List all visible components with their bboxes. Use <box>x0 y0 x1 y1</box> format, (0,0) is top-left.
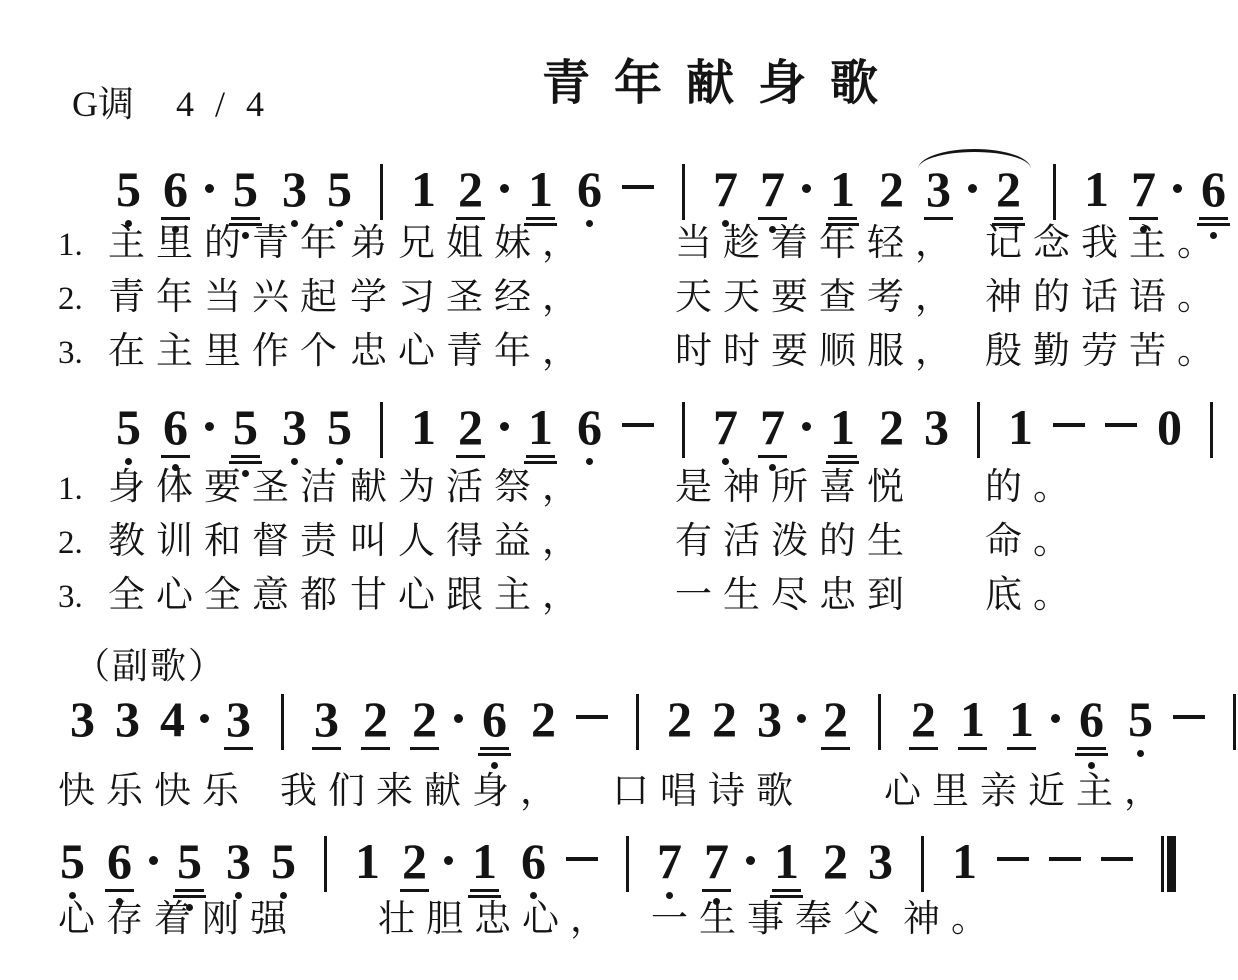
note: 2 <box>823 836 848 886</box>
note-underline: 2 <box>456 402 485 458</box>
note: 3 <box>115 694 140 744</box>
lyric-segment: 身体要圣洁 <box>108 456 350 510</box>
dash-mark <box>1105 423 1137 427</box>
lyric-segment: 记念我主。 <box>985 212 1230 266</box>
barline <box>626 836 629 892</box>
note-underline: 2 <box>821 694 850 750</box>
lyric-segment: 在主里作个 <box>108 320 350 374</box>
lyric-segment: 主里的青年 <box>108 212 350 266</box>
note: 3 <box>312 694 341 750</box>
note-digit: 3 <box>70 694 95 744</box>
duration-dash <box>1049 836 1081 861</box>
lyric-segment: 有活泼的生 <box>675 510 985 564</box>
note: 1 <box>952 836 977 886</box>
note: 6 <box>478 694 511 769</box>
note-digit: 2 <box>412 694 437 744</box>
lyric-segment: 是神所喜悦 <box>675 456 985 510</box>
barline <box>682 402 685 458</box>
lyric-row: 1.主里的青年弟兄姐妹，当趁着年轻，记念我主。 <box>58 212 1230 266</box>
note-digit: 1 <box>528 402 553 452</box>
note-underline: 2 <box>909 694 938 750</box>
lyric-segment: 叫人得益， <box>350 510 675 564</box>
stanza-number: 3. <box>58 335 108 372</box>
note-digit: 6 <box>577 402 602 452</box>
barline <box>1233 694 1236 750</box>
note: 2 <box>821 694 850 750</box>
note: 1 <box>411 164 436 214</box>
note: 1 <box>826 402 859 464</box>
stanza-number: 2. <box>58 281 108 318</box>
lyric-row: 3.全心全意都甘心跟主，一生尽忠到底。 <box>58 564 1230 618</box>
note: 2 <box>361 694 390 750</box>
note: 4 <box>160 694 185 744</box>
note-digit: 2 <box>996 164 1021 214</box>
stanza-number: 1. <box>58 471 108 508</box>
lyric-row: 1.身体要圣洁献为活祭，是神所喜悦的。 <box>58 456 1230 510</box>
note-digit: 7 <box>704 836 729 886</box>
note-digit: 2 <box>879 402 904 452</box>
note-digit: 3 <box>868 836 893 886</box>
stanza-number: 1. <box>58 227 108 264</box>
note-digit: 1 <box>528 164 553 214</box>
note-digit: 2 <box>402 836 427 886</box>
dot-of-prolongation <box>205 184 214 193</box>
note-digit: 1 <box>1084 164 1109 214</box>
song-title: 青年献身歌 <box>542 44 902 113</box>
dash-mark <box>1101 857 1133 861</box>
note-digit: 3 <box>115 694 140 744</box>
lyric-segment: 神。 <box>903 888 1230 942</box>
note-underline: 1 <box>470 836 499 892</box>
dot-of-prolongation <box>1051 714 1060 723</box>
note: 3 <box>924 402 949 452</box>
dot-of-prolongation <box>205 422 214 431</box>
final-barline <box>1161 836 1176 892</box>
lyric-row: 2.青年当兴起学习圣经，天天要查考，神的话语。 <box>58 266 1230 320</box>
barline <box>636 694 639 750</box>
lyric-segment: 天天要查考， <box>675 266 985 320</box>
note-underline: 1 <box>526 402 555 458</box>
note-digit: 6 <box>163 402 188 452</box>
chorus-lyric-row-2: 心存着刚强壮胆忠心，一生事奉父神。 <box>58 888 1230 942</box>
note-digit: 2 <box>531 694 556 744</box>
duration-dash <box>622 164 654 189</box>
note-underline: 6 <box>478 694 511 756</box>
dot-of-prolongation <box>149 856 158 865</box>
lyric-segment: 一生事奉父 <box>651 888 903 942</box>
note-digit: 5 <box>271 836 296 886</box>
music-line-3: 334332262223221165 <box>0 676 1238 769</box>
lyric-segment: 时时要顺服， <box>675 320 985 374</box>
dot-of-prolongation <box>802 422 811 431</box>
note-underline: 1 <box>1007 694 1036 750</box>
note: 2 <box>667 694 692 744</box>
dot-of-prolongation <box>454 714 463 723</box>
note-digit: 7 <box>760 164 785 214</box>
note-underline: 1 <box>524 402 557 464</box>
note: 2 <box>410 694 439 750</box>
key-signature: G调4 / 4 <box>72 76 270 127</box>
note-digit: 3 <box>226 836 251 886</box>
lyric-segment: 当趁着年轻， <box>675 212 985 266</box>
note-digit: 5 <box>327 402 352 452</box>
note: 3 <box>224 694 253 750</box>
note: 1 <box>355 836 380 886</box>
sheet-music-page: G调4 / 4 青年献身歌 5653512167712321765 1.主里的青… <box>0 0 1238 980</box>
note-digit: 2 <box>458 164 483 214</box>
note: 3 <box>70 694 95 744</box>
dot-of-prolongation <box>1173 184 1182 193</box>
note-underline: 5 <box>231 402 260 458</box>
note: 2 <box>712 694 737 744</box>
duration-dash <box>1101 836 1133 861</box>
note-digit: 1 <box>411 164 436 214</box>
barline <box>281 694 284 750</box>
note-underline: 2 <box>410 694 439 750</box>
lyric-segment: 一生尽忠到 <box>675 564 985 618</box>
note-digit: 1 <box>472 836 497 886</box>
note-digit: 2 <box>823 836 848 886</box>
stanza-number: 2. <box>58 525 108 562</box>
note: 1 <box>1007 694 1036 750</box>
note-underline: 6 <box>105 836 134 892</box>
note-digit: 2 <box>879 164 904 214</box>
note-digit: 1 <box>830 402 855 452</box>
dash-mark <box>1173 715 1205 719</box>
note-underline: 1 <box>828 402 857 458</box>
note-digit: 4 <box>160 694 185 744</box>
note: 2 <box>909 694 938 750</box>
lyric-segment: 神的话语。 <box>985 266 1230 320</box>
note-digit: 2 <box>667 694 692 744</box>
note-digit: 1 <box>960 694 985 744</box>
note-digit: 2 <box>712 694 737 744</box>
note-underline: 6 <box>161 402 190 458</box>
lyric-segment: 壮胆忠心， <box>378 888 651 942</box>
note-underline: 6 <box>1077 694 1106 750</box>
note-underline: 1 <box>772 836 801 892</box>
lyric-segment: 甘心跟主， <box>350 564 675 618</box>
dash-mark <box>622 185 654 189</box>
dash-mark <box>1049 857 1081 861</box>
note-underline: 7 <box>758 402 787 458</box>
lyric-segment: 的。 <box>985 456 1230 510</box>
note: 3 <box>868 836 893 886</box>
note-digit: 1 <box>411 402 436 452</box>
note: 1 <box>524 402 557 464</box>
dot-of-prolongation <box>200 714 209 723</box>
lyric-segment: 忠心青年， <box>350 320 675 374</box>
duration-dash <box>1053 402 1085 427</box>
lyric-segment: 心存着刚强 <box>58 888 378 942</box>
note-underline: 6 <box>480 694 509 750</box>
dash-mark <box>622 423 654 427</box>
note-digit: 5 <box>1128 694 1153 744</box>
note-digit: 1 <box>1008 402 1033 452</box>
note-underline: 2 <box>400 836 429 892</box>
duration-dash <box>622 402 654 427</box>
barline <box>1210 402 1213 458</box>
note-digit: 7 <box>657 836 682 886</box>
key-label: G调 <box>72 84 134 124</box>
note-digit: 2 <box>911 694 936 744</box>
barline <box>878 694 881 750</box>
note-digit: 3 <box>282 402 307 452</box>
note: 2 <box>531 694 556 744</box>
note: 1 <box>1084 164 1109 214</box>
duration-dash <box>566 836 598 861</box>
note: 0 <box>1157 402 1182 452</box>
note-digit: 2 <box>458 402 483 452</box>
note-underline: 7 <box>702 836 731 892</box>
duration-dash <box>997 836 1029 861</box>
dot-of-prolongation <box>968 184 977 193</box>
note-underline: 3 <box>312 694 341 750</box>
note-digit: 1 <box>774 836 799 886</box>
lyric-segment: 快乐快乐 <box>58 760 280 814</box>
note: 1 <box>1008 402 1033 452</box>
note-digit: 6 <box>482 694 507 744</box>
lyric-row: 2.教训和督责叫人得益，有活泼的生命。 <box>58 510 1230 564</box>
note-digit: 3 <box>757 694 782 744</box>
duration-dash <box>1105 402 1137 427</box>
note-digit: 1 <box>1009 694 1034 744</box>
note-digit: 1 <box>952 836 977 886</box>
barline <box>921 836 924 892</box>
dash-mark <box>997 857 1029 861</box>
dash-mark <box>566 857 598 861</box>
low-octave-dot <box>1137 750 1144 757</box>
note-digit: 6 <box>521 836 546 886</box>
note-digit: 0 <box>1157 402 1182 452</box>
note-digit: 5 <box>233 402 258 452</box>
chorus-lyric-row-1: 快乐快乐我们来献身，口唱诗歌心里亲近主， <box>58 760 1230 814</box>
note-underline: 2 <box>361 694 390 750</box>
lyric-segment: 全心全意都 <box>108 564 350 618</box>
note-digit: 7 <box>713 402 738 452</box>
barline <box>977 402 980 458</box>
note-digit: 6 <box>1201 164 1226 214</box>
dot-of-prolongation <box>746 856 755 865</box>
dash-mark <box>576 715 608 719</box>
note: 5 <box>1128 694 1153 757</box>
note: 3 <box>757 694 782 744</box>
note-digit: 2 <box>363 694 388 744</box>
note-digit: 3 <box>282 164 307 214</box>
note: 6 <box>1075 694 1108 769</box>
lyric-segment: 教训和督责 <box>108 510 350 564</box>
note-digit: 5 <box>327 164 352 214</box>
time-signature: 4 / 4 <box>176 84 270 124</box>
note-underline: 1 <box>826 402 859 464</box>
note-underline: 6 <box>1075 694 1108 756</box>
note-digit: 2 <box>823 694 848 744</box>
lyric-segment: 命。 <box>985 510 1230 564</box>
lyric-segment: 殷勤劳苦。 <box>985 320 1230 374</box>
note-digit: 6 <box>1079 694 1104 744</box>
dot-of-prolongation <box>802 184 811 193</box>
lyric-segment: 口唱诗歌 <box>612 760 884 814</box>
stanza-number: 3. <box>58 579 108 616</box>
note-digit: 5 <box>177 836 202 886</box>
lyric-segment: 献为活祭， <box>350 456 675 510</box>
note: 2 <box>879 164 904 214</box>
note-digit: 7 <box>760 402 785 452</box>
note: 1 <box>958 694 987 750</box>
verse-block-2: 1.身体要圣洁献为活祭，是神所喜悦的。2.教训和督责叫人得益，有活泼的生命。3.… <box>58 456 1230 618</box>
note-underline: 5 <box>175 836 204 892</box>
dot-of-prolongation <box>797 714 806 723</box>
lyric-segment: 心里亲近主， <box>884 760 1230 814</box>
barline <box>324 836 327 892</box>
note-digit: 3 <box>924 402 949 452</box>
note: 1 <box>411 402 436 452</box>
lyric-segment: 弟兄姐妹， <box>350 212 675 266</box>
note-digit: 3 <box>314 694 339 744</box>
duration-dash <box>576 694 608 719</box>
note-digit: 3 <box>926 164 951 214</box>
note-digit: 7 <box>1131 164 1156 214</box>
dash-mark <box>1053 423 1085 427</box>
note-digit: 1 <box>355 836 380 886</box>
note-digit: 3 <box>226 694 251 744</box>
lyric-segment: 学习圣经， <box>350 266 675 320</box>
note: 2 <box>400 836 429 892</box>
dot-of-prolongation <box>500 422 509 431</box>
note-underline: 3 <box>224 694 253 750</box>
duration-dash <box>1173 694 1205 719</box>
note: 2 <box>456 402 485 458</box>
barline <box>380 402 383 458</box>
note-digit: 1 <box>830 164 855 214</box>
lyric-segment: 我们来献身， <box>280 760 612 814</box>
note-digit: 7 <box>713 164 738 214</box>
dot-of-prolongation <box>500 184 509 193</box>
note-digit: 6 <box>577 164 602 214</box>
dot-of-prolongation <box>444 856 453 865</box>
lyric-segment: 青年当兴起 <box>108 266 350 320</box>
lyric-row: 3.在主里作个忠心青年，时时要顺服，殷勤劳苦。 <box>58 320 1230 374</box>
lyric-segment: 底。 <box>985 564 1230 618</box>
note-digit: 6 <box>107 836 132 886</box>
note-digit: 5 <box>116 164 141 214</box>
note-digit: 5 <box>233 164 258 214</box>
verse-block-1: 1.主里的青年弟兄姐妹，当趁着年轻，记念我主。2.青年当兴起学习圣经，天天要查考… <box>58 212 1230 374</box>
note-underline: 5 <box>229 402 262 464</box>
note-underline: 1 <box>958 694 987 750</box>
note-digit: 5 <box>116 402 141 452</box>
slur-arc <box>918 149 1031 169</box>
note-digit: 5 <box>60 836 85 886</box>
note-digit: 6 <box>163 164 188 214</box>
note: 2 <box>879 402 904 452</box>
